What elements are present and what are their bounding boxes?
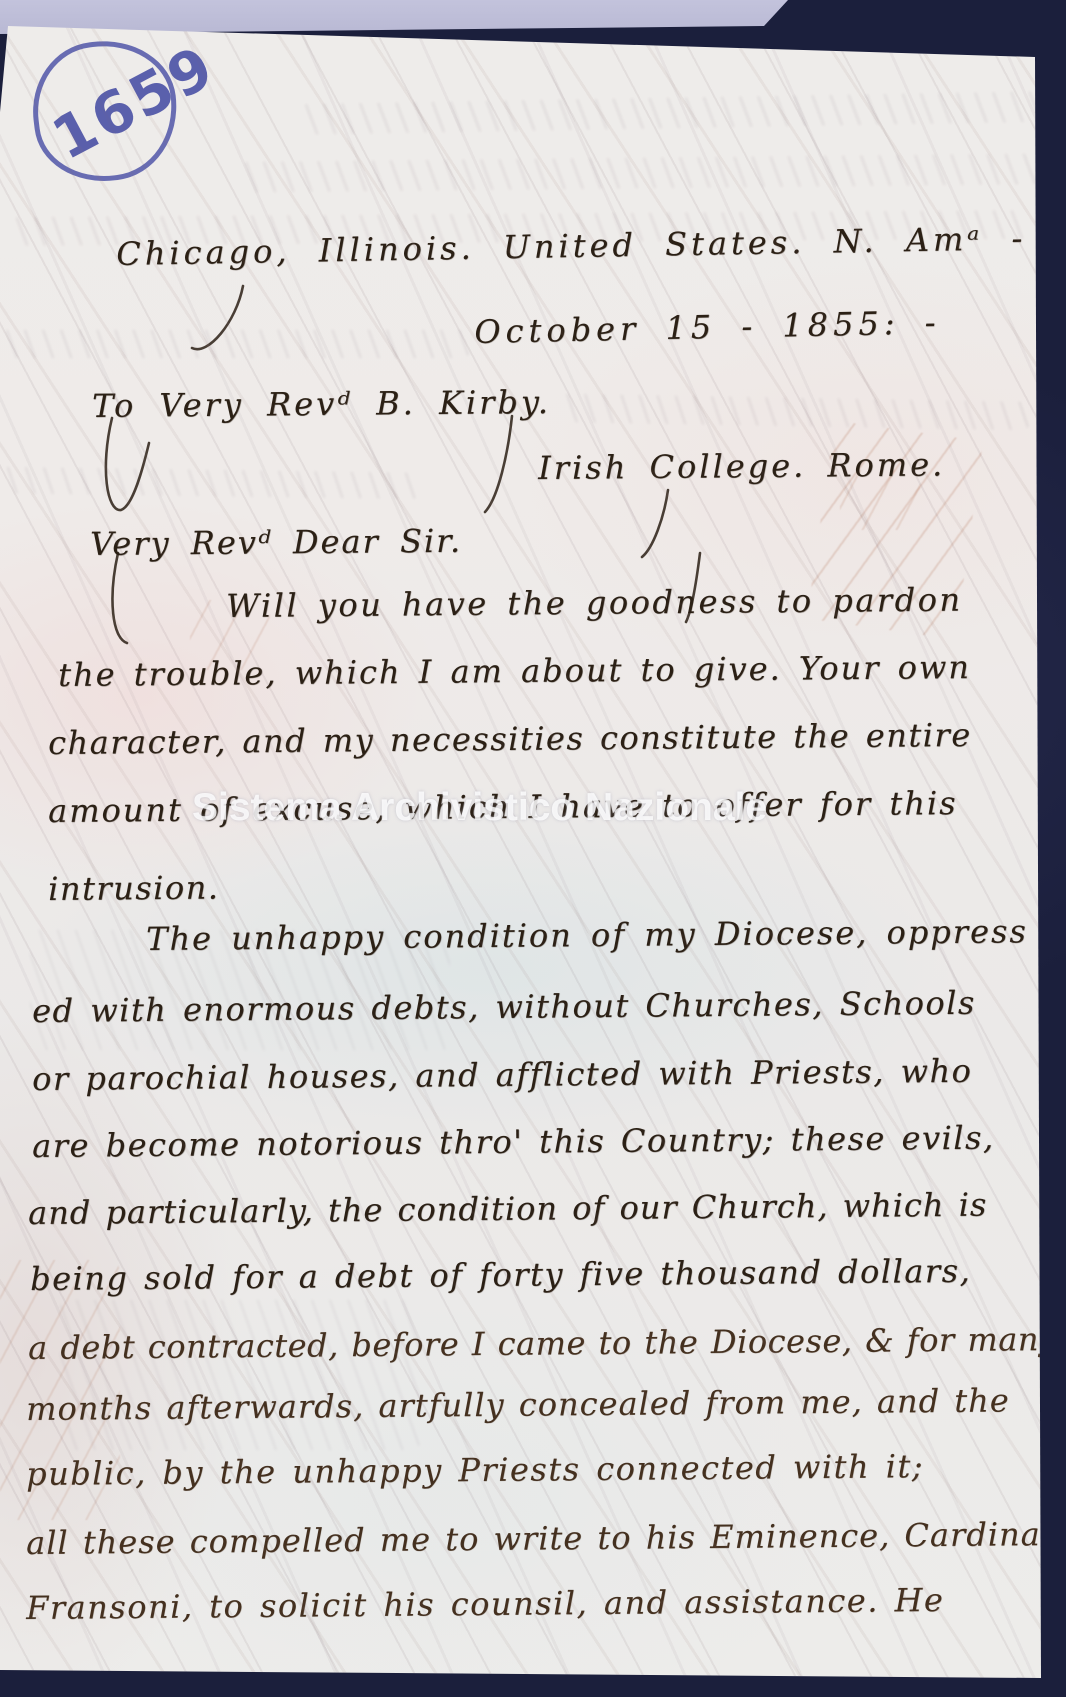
letter-line: the trouble, which I am about to give. Y…: [58, 651, 971, 691]
letter-line: Irish College. Rome.: [538, 448, 945, 484]
letter-paper: 1659 Chicago, Illinois. United States. N…: [0, 0, 1066, 1697]
letter-line: intrusion.: [48, 872, 220, 905]
letter-line: or parochial houses, and afflicted with …: [32, 1055, 972, 1095]
letter-line: Very Revᵈ Dear Sir.: [90, 525, 462, 560]
letter-line: a debt contracted, before I came to the …: [28, 1323, 1058, 1364]
bleed-through-text: [60, 1300, 420, 1450]
letter-line: are become notorious thro' this Country;…: [32, 1122, 995, 1162]
letter-line: all these compelled me to write to his E…: [26, 1518, 1052, 1559]
bleed-through-text: [240, 154, 1050, 192]
letter-line: October 15 - 1855: -: [474, 306, 941, 348]
bleed-through-text: [0, 467, 420, 499]
letter-line: To Very Revᵈ B. Kirby.: [92, 386, 551, 422]
archive-stamp-number: 1659: [41, 32, 226, 173]
letter-line: Will you have the goodness to pardon: [226, 584, 963, 622]
letter-line: public, by the unhappy Priests connected…: [26, 1450, 924, 1490]
letter-line: and particularly, the condition of our C…: [28, 1189, 987, 1229]
bleed-through-text: [0, 330, 470, 358]
letter-line: months afterwards, artfully concealed fr…: [26, 1384, 1010, 1425]
letter-line: being sold for a debt of forty five thou…: [30, 1255, 971, 1295]
letter-line: Chicago, Illinois. United States. N. Amᵃ…: [116, 222, 1026, 270]
letter-line: Fransoni, to solicit his counsil, and as…: [26, 1584, 945, 1624]
letter-line: ed with enormous debts, without Churches…: [32, 987, 976, 1027]
bleed-through-text: [300, 92, 1040, 135]
archive-stamp: 1659: [25, 33, 185, 190]
letter-line: The unhappy condition of my Diocese, opp…: [146, 915, 1028, 955]
letter-line: character, and my necessities constitute…: [48, 719, 972, 759]
scanned-letter-page: 1659 Chicago, Illinois. United States. N…: [0, 0, 1066, 1697]
watermark: Sistema Archivistico Nazionale: [192, 786, 767, 830]
bleed-through-text: [560, 394, 1030, 430]
